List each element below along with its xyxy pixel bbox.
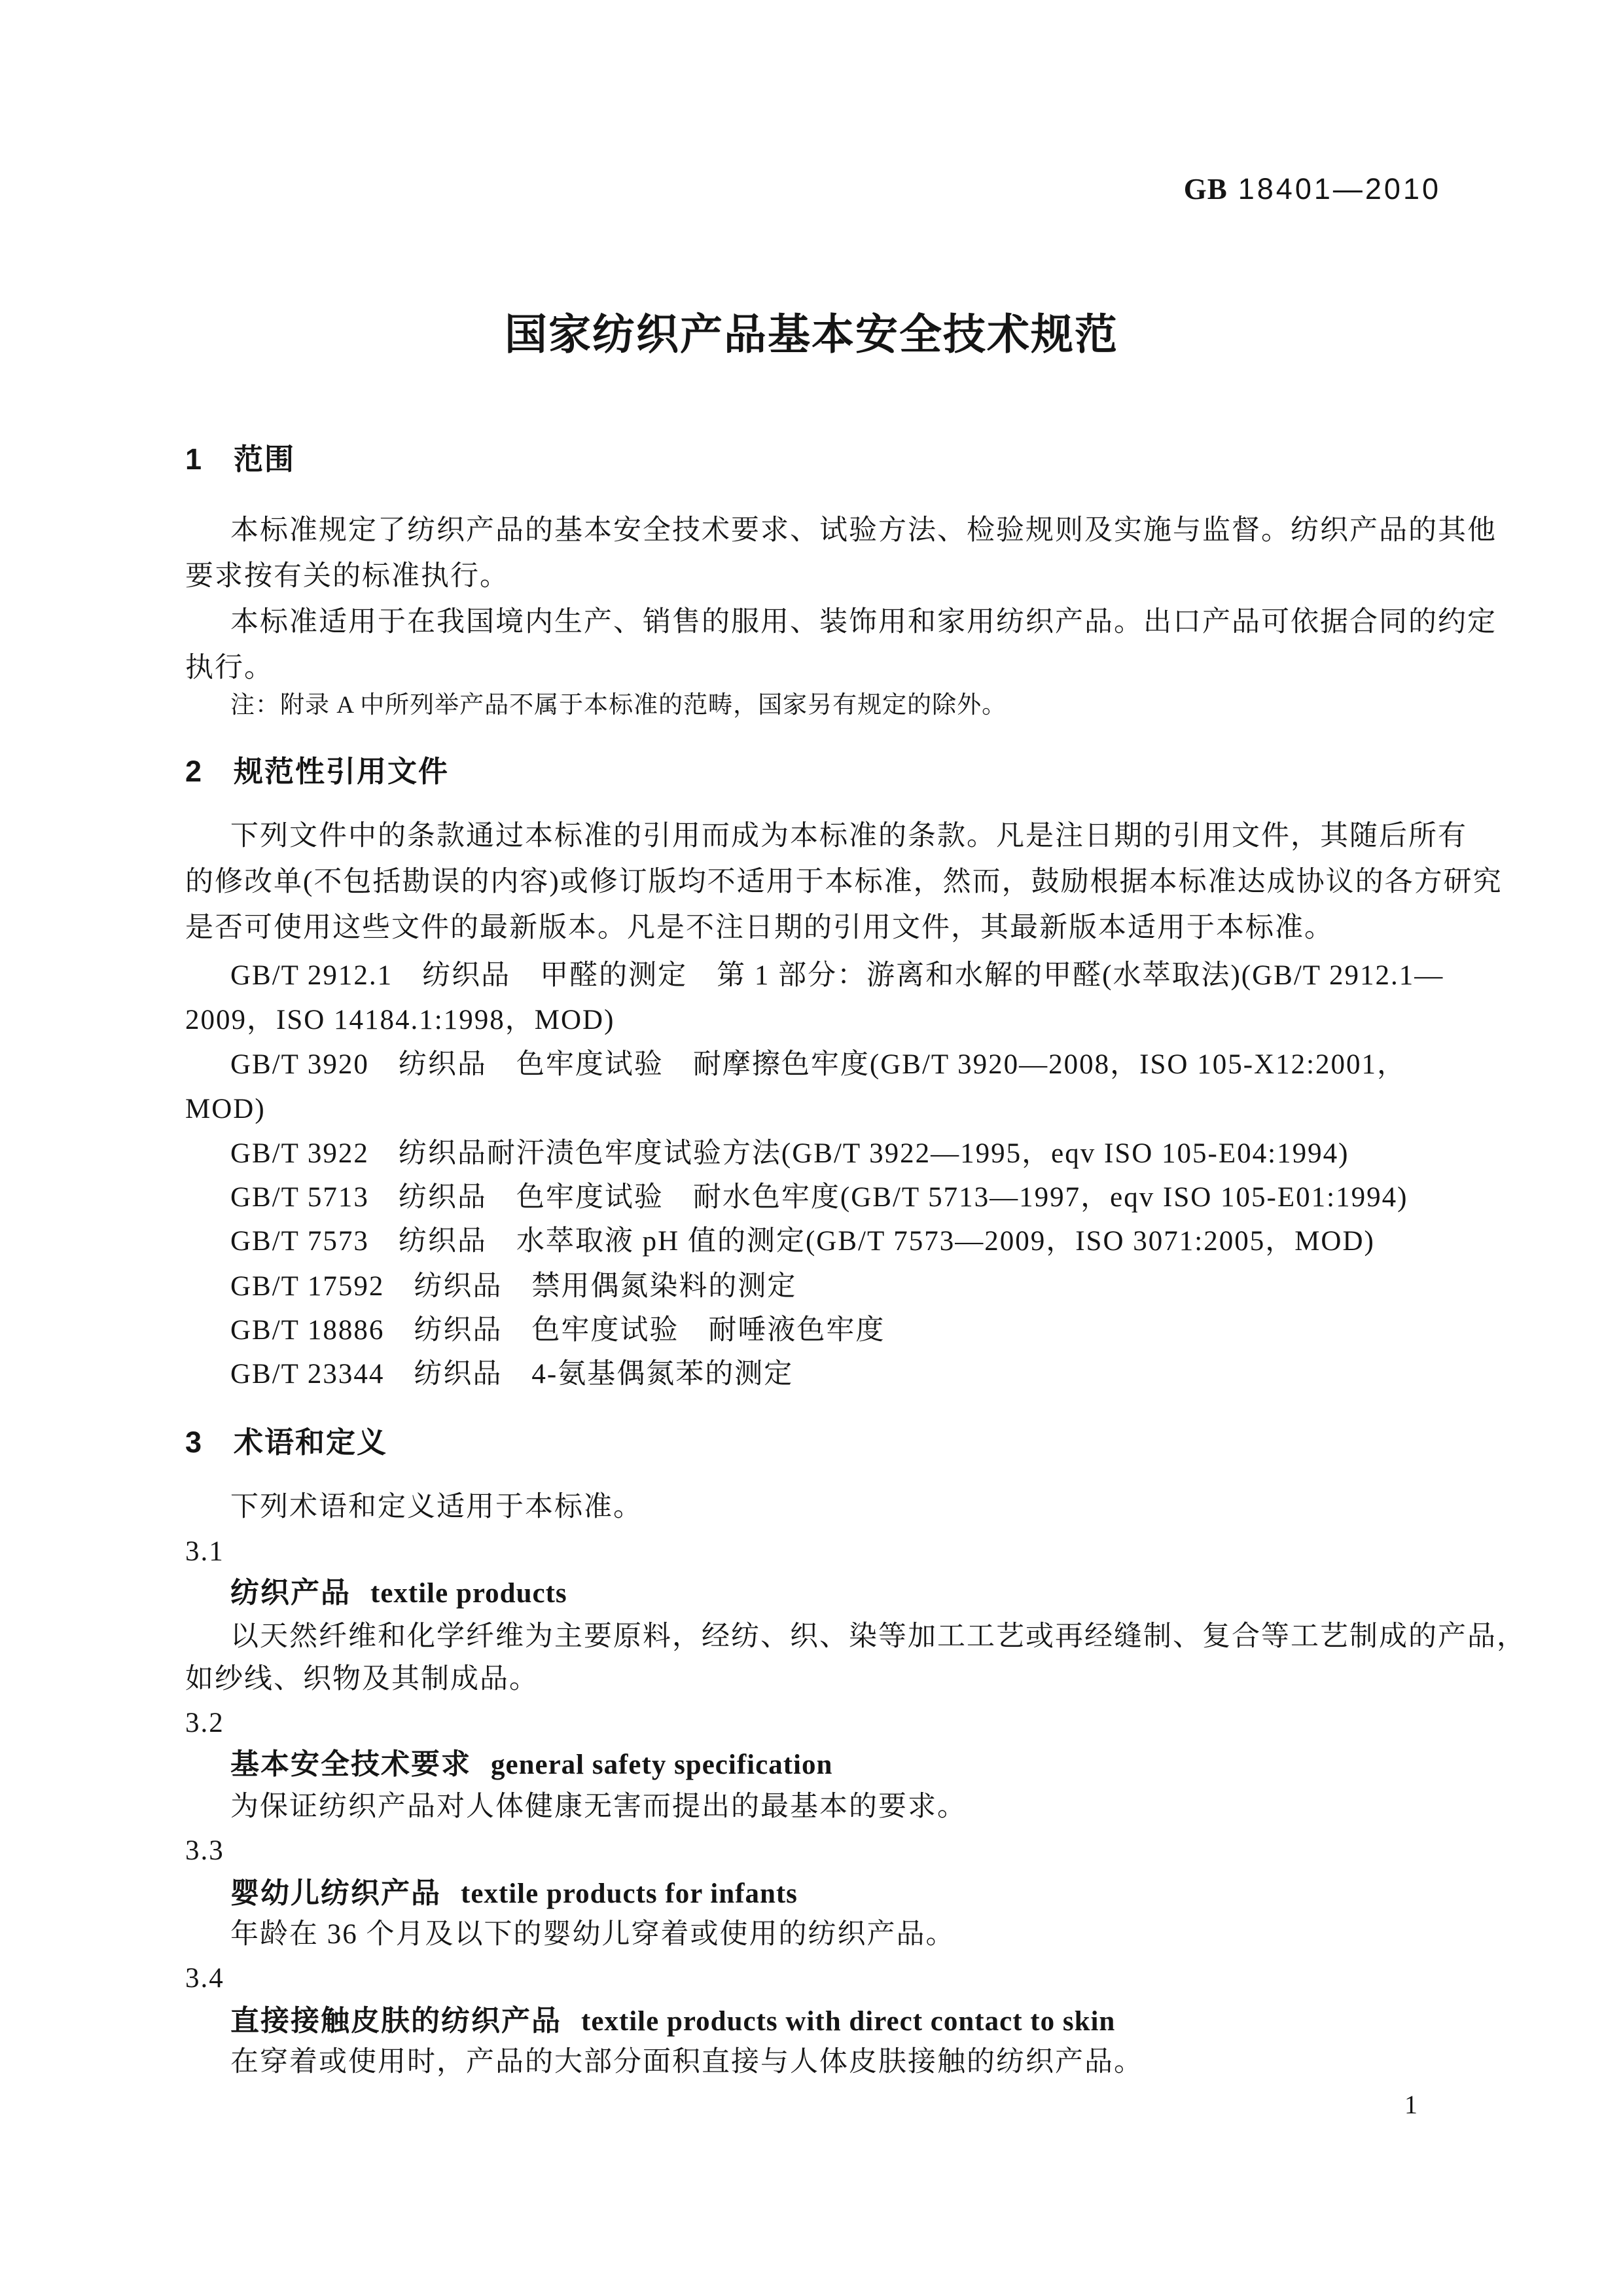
body-line: 本标准适用于在我国境内生产、销售的服用、装饰用和家用纺织产品。出口产品可依据合同… xyxy=(230,608,1497,636)
standard-number: 18401—2010 xyxy=(1238,172,1441,206)
reference-line: MOD) xyxy=(185,1095,266,1123)
term-chinese: 基本安全技术要求 xyxy=(230,1748,471,1780)
term-line: 婴幼儿纺织产品textile products for infants xyxy=(230,1879,798,1908)
definition-line: 如纱线、织物及其制成品。 xyxy=(185,1665,539,1693)
document-page: GB18401—2010 国家纺织产品基本安全技术规范 1 范围 本标准规定了纺… xyxy=(0,0,1623,2296)
term-chinese: 纺织产品 xyxy=(230,1577,351,1609)
body-line: 执行。 xyxy=(185,654,274,682)
reference-line: GB/T 17592 纺织品 禁用偶氮染料的测定 xyxy=(230,1272,796,1300)
body-line: 要求按有关的标准执行。 xyxy=(185,562,509,590)
clause-number: 3.3 xyxy=(185,1837,224,1865)
document-title: 国家纺织产品基本安全技术规范 xyxy=(0,313,1623,355)
reference-line: GB/T 5713 纺织品 色牢度试验 耐水色牢度(GB/T 5713—1997… xyxy=(230,1183,1408,1211)
reference-line: 2009，ISO 14184.1:1998，MOD) xyxy=(185,1006,615,1034)
clause-number: 3.4 xyxy=(185,1964,224,1992)
section-3-heading: 3 术语和定义 xyxy=(185,1427,387,1457)
reference-line: GB/T 3920 纺织品 色牢度试验 耐摩擦色牢度(GB/T 3920—200… xyxy=(230,1050,1406,1079)
term-line: 纺织产品textile products xyxy=(230,1579,567,1607)
body-line: 的修改单(不包括勘误的内容)或修订版均不适用于本标准，然而，鼓励根据本标准达成协… xyxy=(185,868,1503,896)
term-line: 基本安全技术要求general safety specification xyxy=(230,1750,832,1779)
clause-number: 3.2 xyxy=(185,1709,224,1737)
body-line: 下列术语和定义适用于本标准。 xyxy=(230,1493,643,1521)
definition-line: 年龄在 36 个月及以下的婴幼儿穿着或使用的纺织产品。 xyxy=(230,1920,955,1948)
section-2-heading: 2 规范性引用文件 xyxy=(185,757,449,786)
term-english: textile products for infants xyxy=(461,1878,798,1909)
note-line: 注：附录 A 中所列举产品不属于本标准的范畴，国家另有规定的除外。 xyxy=(230,693,1007,717)
section-1-heading: 1 范围 xyxy=(185,444,295,474)
body-line: 本标准规定了纺织产品的基本安全技术要求、试验方法、检验规则及实施与监督。纺织产品… xyxy=(230,516,1497,545)
term-english: general safety specification xyxy=(491,1749,832,1780)
reference-line: GB/T 3922 纺织品耐汗渍色牢度试验方法(GB/T 3922—1995，e… xyxy=(230,1139,1349,1168)
term-chinese: 直接接触皮肤的纺织产品 xyxy=(230,2005,562,2037)
term-chinese: 婴幼儿纺织产品 xyxy=(230,1877,441,1909)
term-english: textile products xyxy=(370,1578,567,1609)
body-line: 下列文件中的条款通过本标准的引用而成为本标准的条款。凡是注日期的引用文件，其随后… xyxy=(230,822,1467,850)
page-number: 1 xyxy=(1404,2092,1419,2118)
standard-prefix: GB xyxy=(1184,173,1228,206)
definition-line: 以天然纤维和化学纤维为主要原料，经纺、织、染等加工工艺或再经缝制、复合等工艺制成… xyxy=(230,1623,1526,1651)
reference-line: GB/T 23344 纺织品 4-氨基偶氮苯的测定 xyxy=(230,1360,793,1388)
clause-number: 3.1 xyxy=(185,1537,224,1566)
standard-code: GB18401—2010 xyxy=(1184,174,1441,204)
reference-line: GB/T 7573 纺织品 水萃取液 pH 值的测定(GB/T 7573—200… xyxy=(230,1227,1375,1255)
reference-line: GB/T 2912.1 纺织品 甲醛的测定 第 1 部分：游离和水解的甲醛(水萃… xyxy=(230,961,1444,990)
term-english: textile products with direct contact to … xyxy=(581,2006,1115,2037)
reference-line: GB/T 18886 纺织品 色牢度试验 耐唾液色牢度 xyxy=(230,1316,885,1344)
definition-line: 为保证纺织产品对人体健康无害而提出的最基本的要求。 xyxy=(230,1793,967,1821)
term-line: 直接接触皮肤的纺织产品textile products with direct … xyxy=(230,2007,1115,2036)
definition-line: 在穿着或使用时，产品的大部分面积直接与人体皮肤接触的纺织产品。 xyxy=(230,2048,1143,2076)
body-line: 是否可使用这些文件的最新版本。凡是不注日期的引用文件，其最新版本适用于本标准。 xyxy=(185,914,1334,942)
